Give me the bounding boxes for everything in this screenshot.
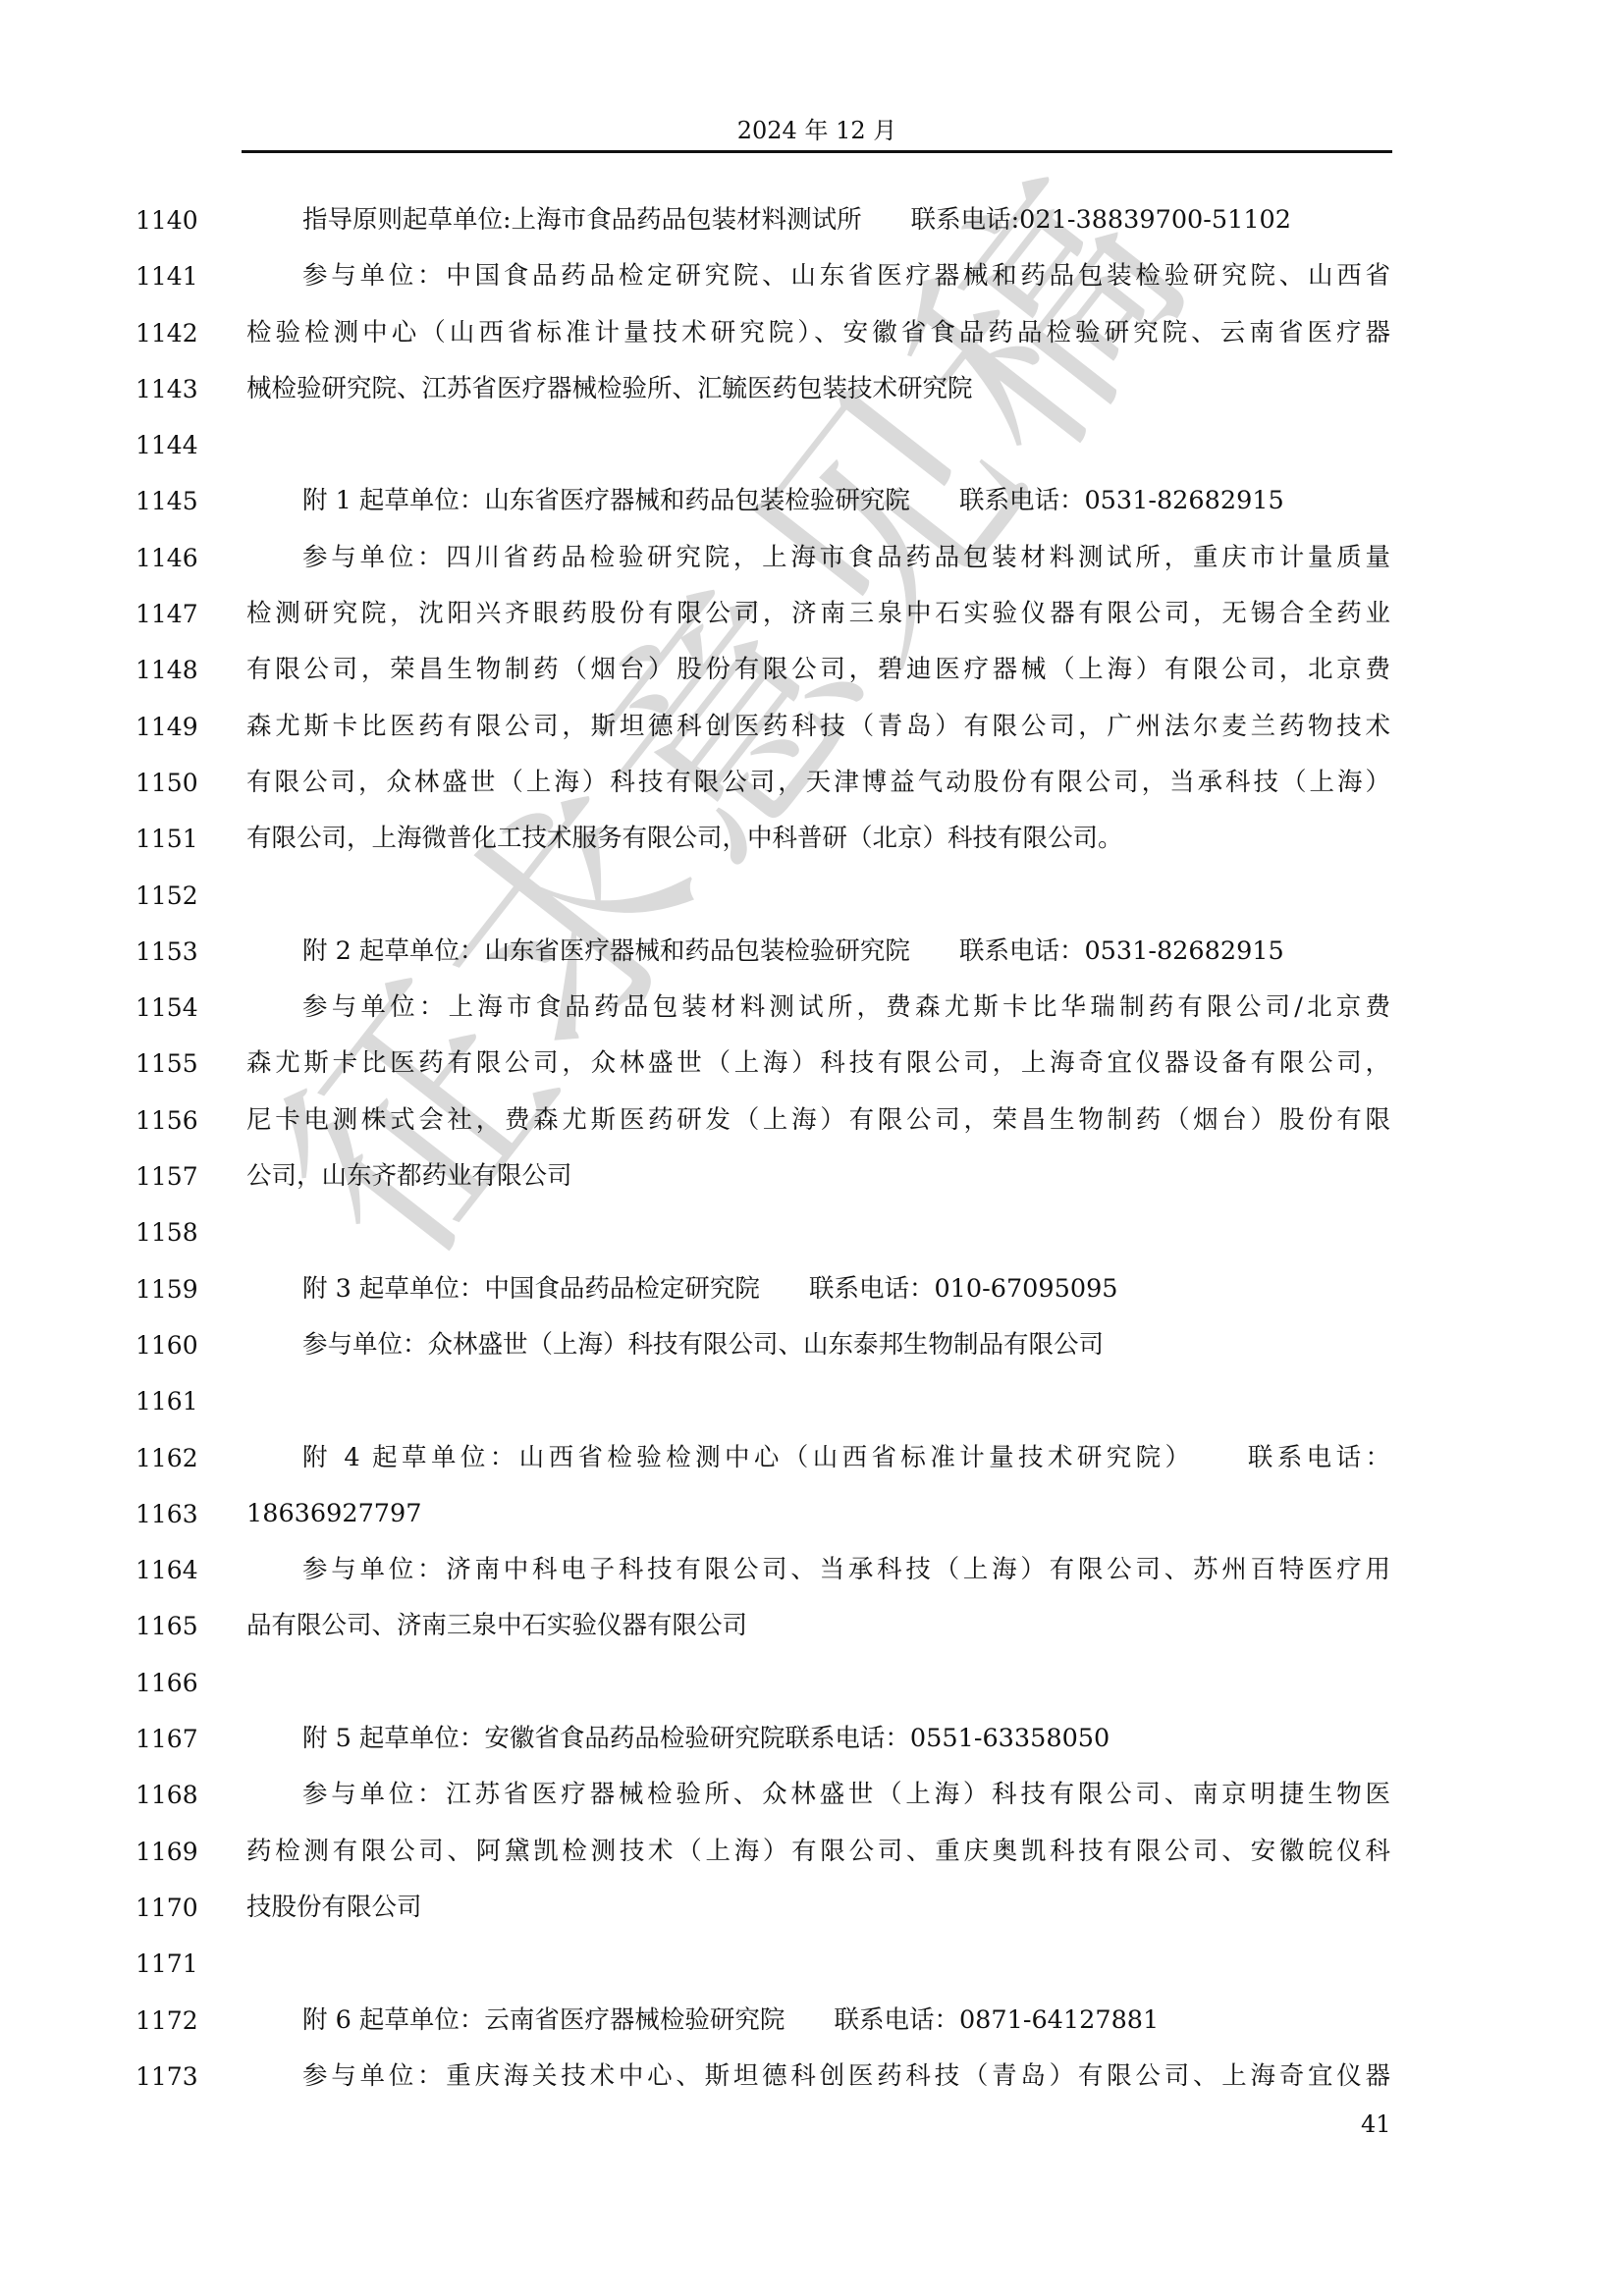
document-line: 1153附 2 起草单位：山东省医疗器械和药品包装检验研究院联系电话：0531-… [0, 924, 1624, 980]
line-content: 有限公司，众林盛世（上海）科技有限公司，天津博益气动股份有限公司，当承科技（上海… [246, 768, 1390, 797]
line-text: 附 2 起草单位：山东省医疗器械和药品包装检验研究院联系电话：0531-8268… [302, 924, 1390, 980]
line-content: 参与单位：江苏省医疗器械检验所、众林盛世（上海）科技有限公司、南京明捷生物医 [302, 1780, 1390, 1809]
line-number: 1148 [135, 642, 204, 698]
blank-line: 1171 [0, 1936, 1624, 1992]
line-content: 有限公司，荣昌生物制药（烟台）股份有限公司，碧迪医疗器械（上海）有限公司，北京费 [246, 655, 1390, 684]
line-number: 1153 [135, 924, 204, 980]
contact-phone: 联系电话：0531-82682915 [959, 486, 1284, 515]
line-number: 1149 [135, 699, 204, 755]
document-line: 1157公司，山东齐都药业有限公司 [0, 1148, 1624, 1204]
document-line: 1141参与单位：中国食品药品检定研究院、山东省医疗器械和药品包装检验研究院、山… [0, 248, 1624, 304]
line-content: 附 4 起草单位：山西省检验检测中心（山西省标准计量技术研究院） [302, 1443, 1194, 1472]
line-text: 品有限公司、济南三泉中石实验仪器有限公司 [246, 1598, 1390, 1654]
line-text: 附 1 起草单位：山东省医疗器械和药品包装检验研究院联系电话：0531-8268… [302, 473, 1390, 529]
line-content: 有限公司，上海微普化工技术服务有限公司，中科普研（北京）科技有限公司。 [246, 824, 1123, 853]
line-content: 检测研究院，沈阳兴齐眼药股份有限公司，济南三泉中石实验仪器有限公司，无锡合全药业 [246, 599, 1390, 628]
line-number: 1142 [135, 305, 204, 361]
line-text: 药检测有限公司、阿黛凯检测技术（上海）有限公司、重庆奥凯科技有限公司、安徽皖仪科 [246, 1824, 1390, 1880]
line-text: 森尤斯卡比医药有限公司，众林盛世（上海）科技有限公司，上海奇宜仪器设备有限公司， [246, 1036, 1390, 1092]
document-line: 1169药检测有限公司、阿黛凯检测技术（上海）有限公司、重庆奥凯科技有限公司、安… [0, 1824, 1624, 1880]
blank-line: 1158 [0, 1204, 1624, 1260]
line-content: 参与单位：中国食品药品检定研究院、山东省医疗器械和药品包装检验研究院、山西省 [302, 261, 1390, 291]
line-text: 森尤斯卡比医药有限公司，斯坦德科创医药科技（青岛）有限公司，广州法尔麦兰药物技术 [246, 699, 1390, 755]
line-content: 附 5 起草单位：安徽省食品药品检验研究院联系电话：0551-63358050 [302, 1724, 1110, 1753]
contact-phone: 联系电话：010-67095095 [809, 1274, 1118, 1304]
line-text: 公司，山东齐都药业有限公司 [246, 1148, 1390, 1204]
line-number: 1171 [135, 1936, 204, 1992]
document-line: 1143械检验研究院、江苏省医疗器械检验所、汇毓医药包装技术研究院 [0, 361, 1624, 417]
line-content: 参与单位：上海市食品药品包装材料测试所，费森尤斯卡比华瑞制药有限公司/北京费 [302, 992, 1390, 1022]
line-text: 指导原则起草单位:上海市食品药品包装材料测试所联系电话:021-38839700… [302, 192, 1390, 248]
document-line: 1165品有限公司、济南三泉中石实验仪器有限公司 [0, 1598, 1624, 1654]
document-line: 1142检验检测中心（山西省标准计量技术研究院）、安徽省食品药品检验研究院、云南… [0, 305, 1624, 361]
line-number: 1140 [135, 192, 204, 248]
line-number: 1161 [135, 1373, 204, 1429]
line-text: 有限公司，荣昌生物制药（烟台）股份有限公司，碧迪医疗器械（上海）有限公司，北京费 [246, 642, 1390, 698]
line-number: 1156 [135, 1093, 204, 1148]
line-text: 18636927797 [246, 1486, 1390, 1542]
line-number: 1173 [135, 2049, 204, 2105]
line-content: 参与单位：济南中科电子科技有限公司、当承科技（上海）有限公司、苏州百特医疗用 [302, 1555, 1390, 1584]
line-text: 检验检测中心（山西省标准计量技术研究院）、安徽省食品药品检验研究院、云南省医疗器 [246, 305, 1390, 361]
document-line: 1149森尤斯卡比医药有限公司，斯坦德科创医药科技（青岛）有限公司，广州法尔麦兰… [0, 699, 1624, 755]
line-content: 技股份有限公司 [246, 1893, 422, 1922]
document-line: 1145附 1 起草单位：山东省医疗器械和药品包装检验研究院联系电话：0531-… [0, 473, 1624, 529]
document-line: 1170技股份有限公司 [0, 1880, 1624, 1936]
line-text: 检测研究院，沈阳兴齐眼药股份有限公司，济南三泉中石实验仪器有限公司，无锡合全药业 [246, 586, 1390, 642]
line-text: 参与单位：四川省药品检验研究院，上海市食品药品包装材料测试所，重庆市计量质量 [302, 530, 1390, 586]
line-content: 检验检测中心（山西省标准计量技术研究院）、安徽省食品药品检验研究院、云南省医疗器 [246, 318, 1390, 347]
document-line: 1167附 5 起草单位：安徽省食品药品检验研究院联系电话：0551-63358… [0, 1711, 1624, 1767]
line-number: 1143 [135, 361, 204, 417]
line-number: 1170 [135, 1880, 204, 1936]
line-text: 参与单位：江苏省医疗器械检验所、众林盛世（上海）科技有限公司、南京明捷生物医 [302, 1767, 1390, 1823]
line-number: 1146 [135, 530, 204, 586]
line-text: 尼卡电测株式会社，费森尤斯医药研发（上海）有限公司，荣昌生物制药（烟台）股份有限 [246, 1093, 1390, 1148]
document-line: 1147检测研究院，沈阳兴齐眼药股份有限公司，济南三泉中石实验仪器有限公司，无锡… [0, 586, 1624, 642]
contact-phone: 联系电话:021-38839700-51102 [911, 205, 1291, 235]
line-number: 1169 [135, 1824, 204, 1880]
line-content: 指导原则起草单位:上海市食品药品包装材料测试所 [302, 205, 862, 235]
line-number: 1152 [135, 868, 204, 924]
blank-line: 1152 [0, 868, 1624, 924]
line-text: 参与单位：重庆海关技术中心、斯坦德科创医药科技（青岛）有限公司、上海奇宜仪器 [302, 2049, 1390, 2105]
line-number: 1163 [135, 1486, 204, 1542]
line-number: 1155 [135, 1036, 204, 1092]
line-number: 1147 [135, 586, 204, 642]
document-line: 1164参与单位：济南中科电子科技有限公司、当承科技（上海）有限公司、苏州百特医… [0, 1542, 1624, 1598]
line-content: 尼卡电测株式会社，费森尤斯医药研发（上海）有限公司，荣昌生物制药（烟台）股份有限 [246, 1105, 1390, 1135]
line-content: 附 2 起草单位：山东省医疗器械和药品包装检验研究院 [302, 936, 910, 966]
line-content: 公司，山东齐都药业有限公司 [246, 1161, 572, 1191]
document-line: 1140指导原则起草单位:上海市食品药品包装材料测试所联系电话:021-3883… [0, 192, 1624, 248]
line-text: 有限公司，上海微普化工技术服务有限公司，中科普研（北京）科技有限公司。 [246, 811, 1390, 867]
line-content: 附 6 起草单位：云南省医疗器械检验研究院 [302, 2005, 785, 2035]
blank-line: 1161 [0, 1373, 1624, 1429]
line-number: 1167 [135, 1711, 204, 1767]
document-line: 1162附 4 起草单位：山西省检验检测中心（山西省标准计量技术研究院）联系电话… [0, 1430, 1624, 1486]
line-text: 械检验研究院、江苏省医疗器械检验所、汇毓医药包装技术研究院 [246, 361, 1390, 417]
line-text: 附 6 起草单位：云南省医疗器械检验研究院联系电话：0871-64127881 [302, 1993, 1390, 2049]
document-line: 1146参与单位：四川省药品检验研究院，上海市食品药品包装材料测试所，重庆市计量… [0, 530, 1624, 586]
line-content: 附 1 起草单位：山东省医疗器械和药品包装检验研究院 [302, 486, 910, 515]
line-content: 品有限公司、济南三泉中石实验仪器有限公司 [246, 1611, 747, 1640]
line-number: 1160 [135, 1317, 204, 1373]
document-line: 1150有限公司，众林盛世（上海）科技有限公司，天津博益气动股份有限公司，当承科… [0, 755, 1624, 811]
line-number: 1165 [135, 1598, 204, 1654]
line-content: 参与单位：四川省药品检验研究院，上海市食品药品包装材料测试所，重庆市计量质量 [302, 543, 1390, 572]
line-content: 参与单位：众林盛世（上海）科技有限公司、山东泰邦生物制品有限公司 [302, 1330, 1104, 1360]
contact-phone: 联系电话：0871-64127881 [834, 2005, 1159, 2035]
document-line: 1159附 3 起草单位：中国食品药品检定研究院联系电话：010-6709509… [0, 1261, 1624, 1317]
line-number: 1159 [135, 1261, 204, 1317]
line-number: 1151 [135, 811, 204, 867]
line-content: 药检测有限公司、阿黛凯检测技术（上海）有限公司、重庆奥凯科技有限公司、安徽皖仪科 [246, 1837, 1390, 1866]
line-content: 18636927797 [246, 1499, 421, 1528]
line-text: 附 5 起草单位：安徽省食品药品检验研究院联系电话：0551-63358050 [302, 1711, 1390, 1767]
document-line: 1155森尤斯卡比医药有限公司，众林盛世（上海）科技有限公司，上海奇宜仪器设备有… [0, 1036, 1624, 1092]
line-content: 参与单位：重庆海关技术中心、斯坦德科创医药科技（青岛）有限公司、上海奇宜仪器 [302, 2061, 1390, 2091]
document-line: 1168参与单位：江苏省医疗器械检验所、众林盛世（上海）科技有限公司、南京明捷生… [0, 1767, 1624, 1823]
document-line: 1160参与单位：众林盛世（上海）科技有限公司、山东泰邦生物制品有限公司 [0, 1317, 1624, 1373]
line-content: 森尤斯卡比医药有限公司，斯坦德科创医药科技（青岛）有限公司，广州法尔麦兰药物技术 [246, 712, 1390, 741]
document-body: 1140指导原则起草单位:上海市食品药品包装材料测试所联系电话:021-3883… [0, 192, 1624, 2105]
document-line: 1154参与单位：上海市食品药品包装材料测试所，费森尤斯卡比华瑞制药有限公司/北… [0, 980, 1624, 1036]
blank-line: 1144 [0, 417, 1624, 473]
line-number: 1141 [135, 248, 204, 304]
line-content: 附 3 起草单位：中国食品药品检定研究院 [302, 1274, 760, 1304]
line-number: 1162 [135, 1430, 204, 1486]
line-number: 1172 [135, 1993, 204, 2049]
document-line: 1156尼卡电测株式会社，费森尤斯医药研发（上海）有限公司，荣昌生物制药（烟台）… [0, 1093, 1624, 1148]
line-text: 参与单位：上海市食品药品包装材料测试所，费森尤斯卡比华瑞制药有限公司/北京费 [302, 980, 1390, 1036]
line-number: 1164 [135, 1542, 204, 1598]
line-text: 参与单位：中国食品药品检定研究院、山东省医疗器械和药品包装检验研究院、山西省 [302, 248, 1390, 304]
line-number: 1158 [135, 1204, 204, 1260]
document-line: 1172附 6 起草单位：云南省医疗器械检验研究院联系电话：0871-64127… [0, 1993, 1624, 2049]
line-number: 1144 [135, 417, 204, 473]
line-text: 附 3 起草单位：中国食品药品检定研究院联系电话：010-67095095 [302, 1261, 1390, 1317]
line-text: 参与单位：众林盛世（上海）科技有限公司、山东泰邦生物制品有限公司 [302, 1317, 1390, 1373]
line-number: 1145 [135, 473, 204, 529]
line-text: 技股份有限公司 [246, 1880, 1390, 1936]
line-number: 1154 [135, 980, 204, 1036]
line-number: 1168 [135, 1767, 204, 1823]
line-content: 森尤斯卡比医药有限公司，众林盛世（上海）科技有限公司，上海奇宜仪器设备有限公司， [246, 1048, 1390, 1078]
document-line: 1151有限公司，上海微普化工技术服务有限公司，中科普研（北京）科技有限公司。 [0, 811, 1624, 867]
line-number: 1166 [135, 1655, 204, 1711]
document-line: 116318636927797 [0, 1486, 1624, 1542]
line-text: 有限公司，众林盛世（上海）科技有限公司，天津博益气动股份有限公司，当承科技（上海… [246, 755, 1390, 811]
line-number: 1150 [135, 755, 204, 811]
line-text: 附 4 起草单位：山西省检验检测中心（山西省标准计量技术研究院）联系电话： [302, 1430, 1390, 1486]
page-number: 41 [1361, 2109, 1391, 2139]
blank-line: 1166 [0, 1655, 1624, 1711]
document-line: 1148有限公司，荣昌生物制药（烟台）股份有限公司，碧迪医疗器械（上海）有限公司… [0, 642, 1624, 698]
line-content: 械检验研究院、江苏省医疗器械检验所、汇毓医药包装技术研究院 [246, 374, 973, 403]
contact-phone: 联系电话： [1243, 1443, 1390, 1472]
line-text: 参与单位：济南中科电子科技有限公司、当承科技（上海）有限公司、苏州百特医疗用 [302, 1542, 1390, 1598]
document-line: 1173参与单位：重庆海关技术中心、斯坦德科创医药科技（青岛）有限公司、上海奇宜… [0, 2049, 1624, 2105]
line-number: 1157 [135, 1148, 204, 1204]
contact-phone: 联系电话：0531-82682915 [959, 936, 1284, 966]
header-divider [242, 150, 1392, 153]
page-header-date: 2024 年 12 月 [242, 116, 1392, 145]
